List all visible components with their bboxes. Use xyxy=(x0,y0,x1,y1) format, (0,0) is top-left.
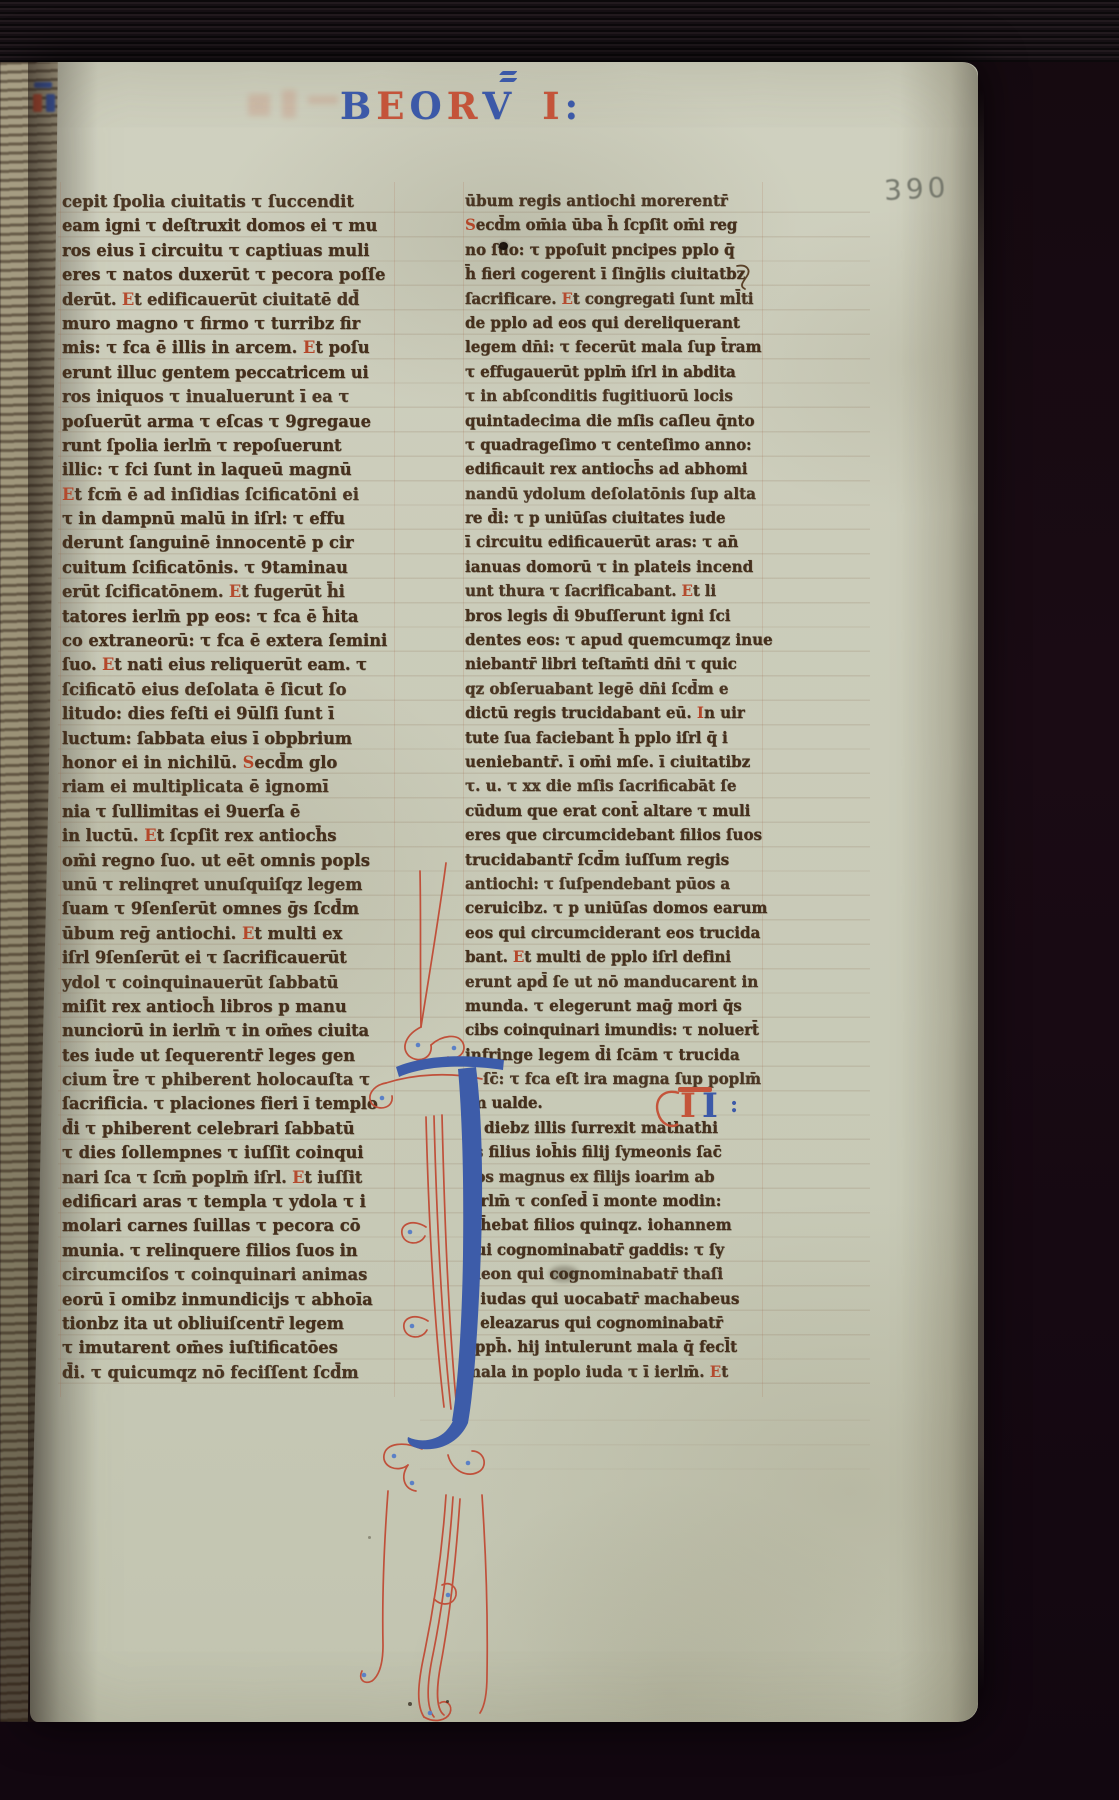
running-title-letter: O xyxy=(409,84,441,128)
rubricated-letter: E xyxy=(303,337,315,357)
rubricated-letter: E xyxy=(102,654,114,674)
folio-number: 390 xyxy=(883,170,950,206)
rubricated-letter: E xyxy=(62,484,74,504)
text-line: muro magno τ firmo τ turribz fir xyxy=(62,311,387,335)
chapter-numeral-flourish xyxy=(652,1086,682,1134)
text-line: eam igni τ deſtruxit domos ei τ mu xyxy=(62,213,387,237)
text-line: derunt ſanguinē innocentē p cir xyxy=(62,530,387,554)
rubricated-letter: E xyxy=(229,581,241,601)
text-line: h̄ fieri cogerent ī ſinḡlis ciuitatbz xyxy=(465,262,757,286)
running-title-letter: R xyxy=(447,84,478,128)
text-line: no ſuo: τ ppoſuit pncipes pplo q̄ xyxy=(465,238,757,262)
text-line: cepit ſpolia ciuitatis τ ſuccendit xyxy=(62,189,387,213)
running-title-letter: B xyxy=(340,84,371,128)
rubricated-letter: S xyxy=(465,216,476,234)
text-line: eres que circumcidebant filios ſuos xyxy=(465,823,757,847)
text-line: cuitum ſcificatōnis. τ 9taminau xyxy=(62,555,387,579)
text-line: litudo: dies feſti ei 9ūlſi ſunt ī xyxy=(62,701,387,725)
text-line: derūt. Et edificauerūt ciuitatē dd̄ xyxy=(62,287,387,311)
running-title-letter: E xyxy=(376,84,404,128)
running-title-letter: : xyxy=(565,84,579,128)
text-line: τ quadrageſimo τ centeſimo anno: xyxy=(465,433,757,457)
running-title-letter: I xyxy=(542,84,559,128)
rubricated-letter: S xyxy=(243,752,255,772)
chapter-numeral-letter: I xyxy=(702,1086,718,1126)
ink-smudge xyxy=(549,1266,579,1282)
text-line: eres τ natos duxerūt τ pecora poſſe xyxy=(62,262,387,286)
text-line: τ. u. τ xx die mſis ſacrificabāt ſe xyxy=(465,774,757,798)
text-line: τ in dampnū malū in iſrl: τ effu xyxy=(62,506,387,530)
text-line: Secd̄m om̄ia ūba h̄ ſcpſit om̄i reg xyxy=(465,213,757,237)
speck xyxy=(368,1536,371,1539)
text-line: in luctū. Et ſcpſit rex antioch̄s xyxy=(62,823,387,847)
text-line: ros eius ī circuitu τ captiuas muli xyxy=(62,238,387,262)
initial-filigree xyxy=(330,855,510,1725)
text-line: edificauit rex antioch̄s ad abhomi xyxy=(465,457,757,481)
text-line: nia τ ſullimitas ei 9uerſa ē xyxy=(62,799,387,823)
rubricated-letter: E xyxy=(561,290,572,308)
running-title-letter: V xyxy=(482,84,511,128)
text-line: de pplo ad eos qui dereliquerant xyxy=(465,311,757,335)
text-line: erunt illuc gentem peccatricem ui xyxy=(62,360,387,384)
title-offset-ghost xyxy=(248,88,352,124)
text-line: ī circuitu edificauerūt aras: τ an̄ xyxy=(465,530,757,554)
rubricated-letter: E xyxy=(242,923,254,943)
rubricated-letter: I xyxy=(697,704,704,722)
text-line: riam ei multiplicata ē ignomī xyxy=(62,774,387,798)
decorated-initial-I xyxy=(330,855,510,1725)
text-line: unt thura τ ſacrificabant. Et li xyxy=(465,579,757,603)
text-line: ianuas domorū τ in plateis incend xyxy=(465,555,757,579)
text-line: τ effugauerūt pplm̄ iſrl in abdita xyxy=(465,360,757,384)
text-line: ſacrificare. Et congregati ſunt ml̄ti xyxy=(465,287,757,311)
text-line: ſcificatō eius deſolata ē ſicut ſo xyxy=(62,677,387,701)
rubricated-letter: E xyxy=(513,948,524,966)
text-line: poſuerūt arma τ eſcas τ 9gregaue xyxy=(62,409,387,433)
text-line: bros legis d̄i 9buſſerunt igni ſci xyxy=(465,604,757,628)
text-line: dentes eos: τ apud quemcumqz inue xyxy=(465,628,757,652)
text-line: luctum: ſabbata eius ī obpbrium xyxy=(62,726,387,750)
text-line: erūt ſcificatōnem. Et fugerūt h̄i xyxy=(62,579,387,603)
text-line: nandū ydolum deſolatōnis ſup alta xyxy=(465,482,757,506)
text-line: cūdum que erat cont̄ altare τ muli xyxy=(465,799,757,823)
rubricated-letter: E xyxy=(292,1167,304,1187)
text-line: niebantr̄ libri teſtam̄ti dn̄i τ quic xyxy=(465,652,757,676)
book-top-edges xyxy=(0,0,1119,62)
text-line: ūbum regis antiochi morerentr̄ xyxy=(465,189,757,213)
text-line: legem dn̄i: τ fecerūt mala ſup t̄ram xyxy=(465,335,757,359)
text-line: ſuo. Et nati eius reliquerūt eam. τ xyxy=(62,652,387,676)
text-line: honor ei in nichilū. Secd̄m glo xyxy=(62,750,387,774)
parchment-hole xyxy=(499,242,508,250)
speck xyxy=(446,1700,449,1703)
rubricated-letter: E xyxy=(710,1363,721,1381)
chapter-numeral: : II xyxy=(654,1084,738,1136)
margin-mark xyxy=(733,262,755,292)
rubricated-letter: E xyxy=(122,289,134,309)
text-line: illic: τ fci ſunt in laqueū magnū xyxy=(62,457,387,481)
running-title: BEORVI: xyxy=(340,84,583,132)
text-line: re d̄i: τ p uniūſas ciuitates iude xyxy=(465,506,757,530)
manuscript-photo: BEORVI: 390 cepit ſpolia ciuitatis τ ſuc… xyxy=(0,0,1119,1800)
page-right-shading xyxy=(900,62,978,1722)
speck xyxy=(408,1702,412,1706)
underleaf-edge xyxy=(978,90,984,1690)
rubricated-letter: E xyxy=(144,825,156,845)
text-line: dictū regis trucidabant eū. In uir xyxy=(465,701,757,725)
abbreviation-mark xyxy=(501,71,519,84)
initial-blue-body xyxy=(396,1056,504,1449)
text-line: ueniebantr̄. ī om̄i mſe. ī ciuitatibz xyxy=(465,750,757,774)
text-line: tatores ierlm̄ pp eos: τ fca ē h̄ita xyxy=(62,604,387,628)
ruling-vertical-1 xyxy=(60,182,61,1397)
text-line: mis: τ fca ē illis in arcem. Et poſu xyxy=(62,335,387,359)
text-line: runt ſpolia ierlm̄ τ repoſuerunt xyxy=(62,433,387,457)
text-line: ros iniquos τ inualuerunt ī ea τ xyxy=(62,384,387,408)
chapter-numeral-letter: I xyxy=(680,1086,696,1126)
chapter-numeral-dots: : xyxy=(730,1092,738,1118)
text-line: τ in abſconditis fugitiuorū locis xyxy=(465,384,757,408)
text-line: co extraneorū: τ fca ē extera ſemini xyxy=(62,628,387,652)
text-line: qz obſeruabant legē dn̄i ſcd̄m e xyxy=(465,677,757,701)
rubricated-letter: E xyxy=(682,582,693,600)
text-line: quintadecima die mſis caſleu q̄nto xyxy=(465,409,757,433)
text-line: tute ſua faciebant h̄ pplo iſrl q̄ i xyxy=(465,726,757,750)
text-line: Et fcm̄ ē ad inſidias ſcificatōni ei xyxy=(62,482,387,506)
